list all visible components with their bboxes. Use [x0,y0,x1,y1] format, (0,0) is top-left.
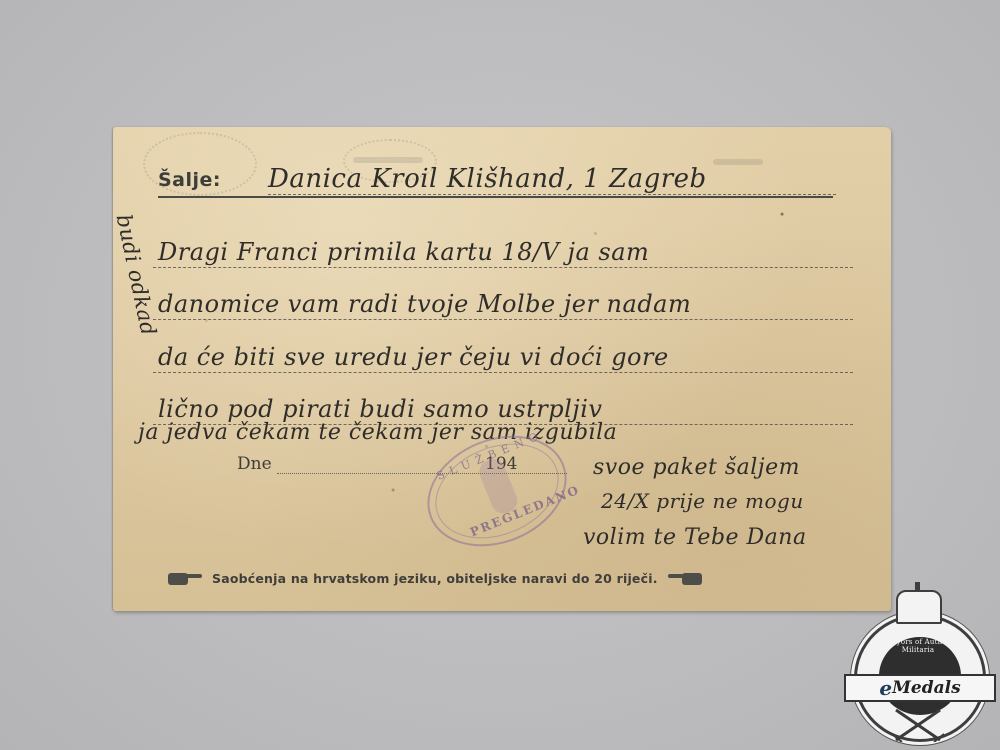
dotted-rule [153,267,853,268]
date-label: Dne [237,454,272,474]
pointing-hand-left-icon [668,572,702,585]
message-text: ja jedva čekam te čekam jer sam izgubila [138,420,617,445]
message-line: Dragi Franci primila kartu 18/V ja sam [153,232,853,276]
dotted-rule [268,194,836,195]
stamp-emblem-icon [476,455,521,517]
message-line: danomice vam radi tvoje Molbe jer nadam [153,284,853,328]
dotted-rule [153,319,853,320]
message-text: danomice vam radi tvoje Molbe jer nadam [158,290,691,318]
sender-row: Šalje: Danica Kroil Klišhand, 1 Zagreb [158,160,876,194]
message-text: da će biti sve uredu jer čeju vi doći go… [158,343,669,371]
stamp-bottom-text: PREGLEDANO [468,483,582,540]
badge-tagline: Purveyors of Authentic Militaria [870,638,966,654]
crown-icon [896,590,942,624]
closing-line: 24/X prije ne mogu [601,489,804,513]
message-line: da će biti sve uredu jer čeju vi doći go… [153,337,853,381]
emedals-watermark: Purveyors of Authentic Militaria e Medal… [848,586,988,746]
sender-name-handwritten: Danica Kroil Klišhand, 1 Zagreb [268,164,707,194]
brand-prefix: e [879,676,892,700]
crossed-swords-icon [888,706,948,742]
message-text: Dragi Franci primila kartu 18/V ja sam [158,238,649,266]
closing-line: volim te Tebe Dana [583,525,807,550]
footer-instruction: Saobćenja na hrvatskom jeziku, obiteljsk… [168,568,848,588]
sender-label: Šalje: [158,169,221,191]
pointing-hand-right-icon [168,572,202,585]
brand-name: Medals [892,678,961,698]
sender-underline [158,196,833,198]
postcard: Šalje: Danica Kroil Klišhand, 1 Zagreb b… [113,127,891,611]
badge-banner: e Medals [844,674,996,702]
footer-text: Saobćenja na hrvatskom jeziku, obiteljsk… [212,571,658,586]
dotted-rule [153,372,853,373]
closing-line: svoe paket šaljem [593,455,800,480]
